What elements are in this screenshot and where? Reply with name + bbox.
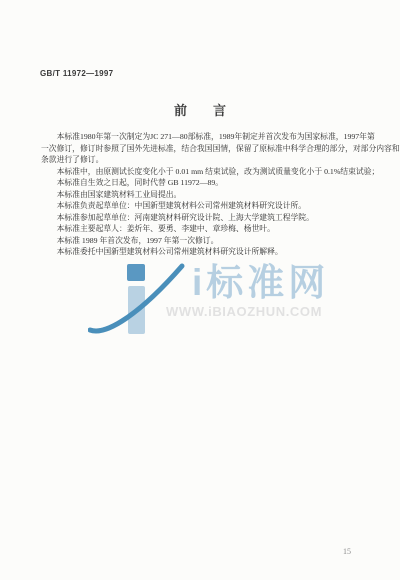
foreword-line: 条款进行了修订。 (41, 154, 371, 166)
foreword-line: 本标准负责起草单位：中国新型建筑材料公司常州建筑材料研究设计所。 (41, 200, 371, 212)
foreword-line: 本标准中，由原测试长度变化小于 0.01 mm 结束试验，改为测试质量变化小于 … (41, 166, 371, 178)
document-page: GB/T 11972—1997 前 言 本标准1980年第一次制定为JC 271… (0, 0, 400, 580)
ibiaozhun-logo-icon (88, 258, 188, 342)
foreword-line: 一次修订，修订时参照了国外先进标准，结合我国国情，保留了原标准中科学合理的部分，… (41, 143, 371, 155)
watermark-site-name: i标准网 (192, 252, 329, 306)
foreword-line: 本标准由国家建筑材料工业局提出。 (41, 189, 371, 201)
foreword-line: 本标准委托中国新型建筑材料公司常州建筑材料研究设计所解释。 (41, 246, 371, 258)
foreword-line: 本标准自生效之日起，同时代替 GB 11972—89。 (41, 177, 371, 189)
standard-number: GB/T 11972—1997 (40, 69, 113, 78)
foreword-line: 本标准 1989 年首次发布，1997 年第一次修订。 (41, 235, 371, 247)
foreword-line: 本标准参加起草单位：河南建筑材料研究设计院、上海大学建筑工程学院。 (41, 212, 371, 224)
watermark-site-url: WWW.iBIAOZHUN.COM (166, 304, 322, 319)
foreword-line: 本标准主要起草人：姜炘年、要勇、李建中、章珍梅、杨世叶。 (41, 223, 371, 235)
foreword-title: 前 言 (0, 100, 400, 119)
watermark: i标准网 WWW.iBIAOZHUN.COM (88, 250, 378, 345)
page-number: 15 (343, 547, 351, 556)
foreword-body: 本标准1980年第一次制定为JC 271—80部标准，1989年制定并首次发布为… (41, 131, 371, 258)
foreword-line: 本标准1980年第一次制定为JC 271—80部标准，1989年制定并首次发布为… (41, 131, 371, 143)
